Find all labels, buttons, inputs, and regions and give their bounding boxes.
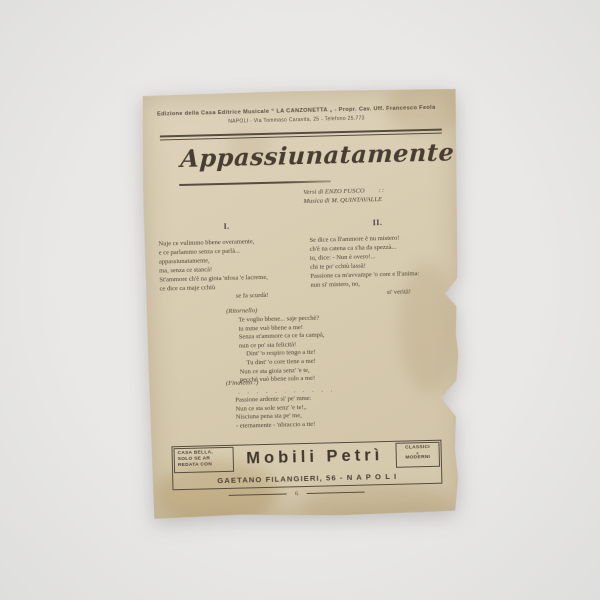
ad-left-line: REDATA CON	[178, 462, 230, 469]
ad-right-line: MODERNI	[400, 455, 436, 462]
composer-credit: Musica di M. QUINTAVALLE	[303, 195, 385, 206]
song-title: Appassiunatamente	[180, 137, 455, 173]
verse-column-2: II. Se dice ca ll'ammore è nu mistero! c…	[295, 217, 448, 300]
ritornello-lines: Te voglio bbene... saje pecchè? tu mme v…	[238, 315, 325, 386]
ritornello-section: (Ritornello) Te voglio bbene... saje pec…	[226, 306, 325, 386]
footer-rule-right	[306, 492, 364, 494]
verse-number: I.	[158, 220, 295, 232]
sheet-music-page: Edizione della Casa Editrice Musicale “ …	[141, 87, 467, 520]
verse-columns: I. Nuje ce vulimmo bbene overamente, e c…	[158, 217, 448, 303]
finaletto-label: (Finaletto :)	[226, 377, 335, 387]
verse-column-1: I. Nuje ce vulimmo bbene overamente, e c…	[158, 220, 297, 302]
finaletto-lines: Passione ardente si' pe' mme: Nun ce sta…	[235, 394, 336, 431]
credit-separator: ::	[379, 187, 386, 194]
finaletto-line: - eternamente - 'nbraccio a tte!	[236, 420, 336, 431]
ad-left-slogan: CASA BELLA, SOLO SE AR REDATA CON	[173, 447, 234, 473]
paper: Edizione della Casa Editrice Musicale “ …	[141, 87, 467, 520]
footer-rule-left	[229, 493, 287, 495]
ad-right-slogan: CLASSICI e MODERNI	[395, 442, 440, 468]
photo-background: Edizione della Casa Editrice Musicale “ …	[0, 0, 600, 600]
advertisement-box: CASA BELLA, SOLO SE AR REDATA CON Mobili…	[171, 440, 442, 490]
finaletto-section: (Finaletto :) . . . . . . . . . . . Pass…	[226, 377, 336, 431]
title-underline	[179, 180, 331, 186]
credits-block: Versi di ENZO FUSCO:: Musica di M. QUINT…	[303, 186, 385, 206]
ad-brand-name: Mobili Petrì	[235, 445, 395, 469]
verse-number: II.	[309, 217, 446, 229]
page-number: 6	[295, 490, 298, 497]
ritornello-label: (Ritornello)	[226, 306, 324, 315]
